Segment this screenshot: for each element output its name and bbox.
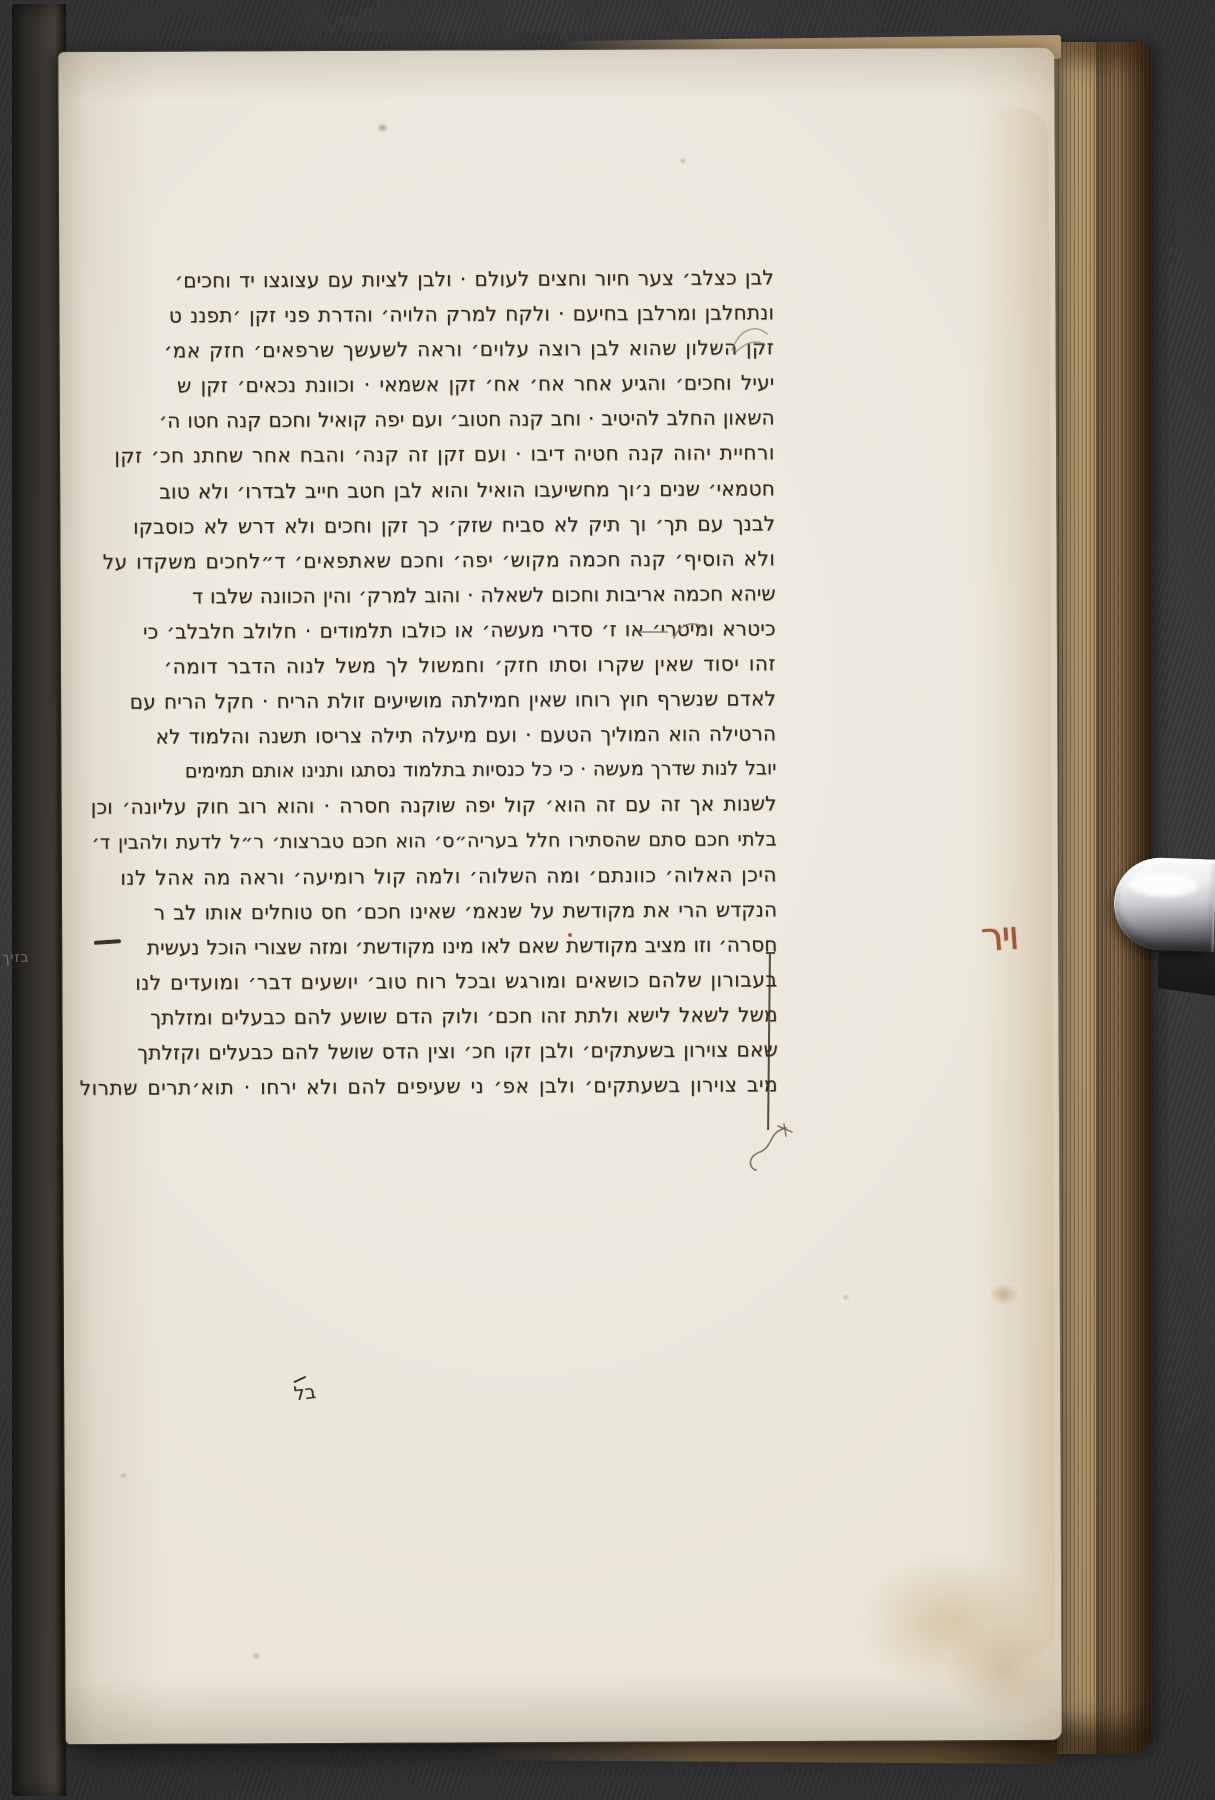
manuscript-line: ונתחלבן ומרלבן בחיעם · ולקח למרק הלויה׳ … bbox=[110, 295, 774, 334]
stain bbox=[377, 123, 389, 133]
manuscript-line: הרטילה הוא המוליך הטעם · ועם מיעלה תילה … bbox=[112, 716, 776, 755]
manuscript-line: ולא הוסיף׳ קנה חכמה מקוש׳ יפה׳ וחכם שאתפ… bbox=[111, 541, 775, 580]
gutter-margin-note: בזיך bbox=[2, 950, 30, 967]
manuscript-line: יובל לנות שדרך מעשה · כי כל כנסיות בתלמו… bbox=[112, 752, 776, 791]
stain bbox=[979, 108, 1056, 1658]
acrylic-page-weight-rod bbox=[1112, 856, 1215, 951]
photo-of-manuscript: לבן כצלב׳ צער חיור וחצים לעולם · ולבן לצ… bbox=[0, 0, 1215, 1800]
manuscript-line: שיהא חכמה אריבות וחכום לשאלה · והוב למרק… bbox=[111, 576, 775, 615]
stain bbox=[679, 157, 687, 164]
manuscript-line: כיטרא ומיטרי׳ או ז׳ סדרי מעשה׳ או כולבו … bbox=[112, 611, 776, 650]
manuscript-line: חסרה׳ וזו מציב מקודשת שאם לאו מינו מקודש… bbox=[113, 927, 777, 966]
manuscript-line: חטמאי׳ שנים נ׳וך מחשיעבו הואיל והוא לבן … bbox=[111, 471, 775, 510]
stain bbox=[945, 1623, 1065, 1719]
manuscript-line: בעבורון שלהם כושאים ומורגש ובכל רוח טוב׳… bbox=[113, 962, 777, 1001]
stain bbox=[251, 1651, 261, 1660]
manuscript-line: היכן האלוה׳ כוונתם׳ ומה השלוה׳ ולמה קול … bbox=[113, 857, 777, 896]
book-binding-edge bbox=[12, 4, 66, 1796]
stain bbox=[860, 1553, 1046, 1694]
manuscript-line: זהו יסוד שאין שקרו וסתו חזק׳ וחמשול לך מ… bbox=[112, 646, 776, 685]
manuscript-line: שאם צוירון בשעתקים׳ ולבן זקו חכ׳ וצין הד… bbox=[114, 1032, 778, 1071]
manuscript-line: הנקדש הרי את מקודשת על שנאמ׳ שאינו חכם׳ … bbox=[113, 892, 777, 931]
manuscript-line: השאון החלב להיטיב · וחב קנה חטוב׳ ועם יפ… bbox=[111, 401, 775, 440]
catchword: בל bbox=[293, 1381, 317, 1405]
manuscript-line: ורחיית יהוה קנה חטיה דיבו · ועם זקן זה ק… bbox=[111, 436, 775, 475]
manuscript-line: זקן השלון שהוא לבן רוצה עלוים׳ וראה לשעש… bbox=[110, 330, 774, 369]
manuscript-line: לבן כצלב׳ צער חיור וחצים לעולם · ולבן לצ… bbox=[110, 260, 774, 299]
stain bbox=[120, 1472, 128, 1479]
manuscript-line: לאדם שנשרף חוץ רוחו שאין חמילתה מושיעים … bbox=[112, 681, 776, 720]
manuscript-line: יעיל וחכים׳ והגיע אחר אח׳ אח׳ זקן אשמאי … bbox=[110, 366, 774, 405]
stain bbox=[989, 1283, 1019, 1305]
stain bbox=[842, 1294, 850, 1301]
manuscript-line: בלתי חכם סתם שהסתירו חלל בעריה״ס׳ הוא חכ… bbox=[113, 822, 777, 861]
manuscript-line: משל לשאל לישא ולתת זהו חכם׳ ולוק הדם שוש… bbox=[114, 997, 778, 1036]
manuscript-line: לבנך עם תך׳ וך תיק לא סביח שזק׳ כך זקן ו… bbox=[111, 506, 775, 545]
manuscript-line: לשנות אך זה עם זה הוא׳ קול יפה שוקנה חסר… bbox=[113, 787, 777, 826]
manuscript-text-block: לבן כצלב׳ צער חיור וחצים לעולם · ולבן לצ… bbox=[110, 260, 778, 1106]
red-ink-dot bbox=[568, 933, 572, 937]
manuscript-line: מיב צוירון בשעתקים׳ ולבן אפ׳ ני שעיפים ל… bbox=[114, 1067, 778, 1106]
fore-edge-inscription: ויר bbox=[979, 913, 1019, 961]
